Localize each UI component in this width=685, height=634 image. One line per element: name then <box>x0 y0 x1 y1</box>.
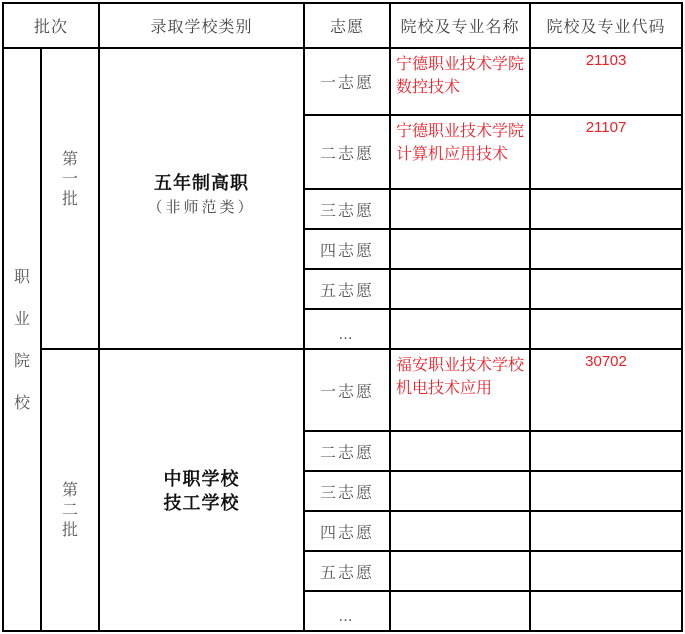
table-divider <box>40 48 42 632</box>
group-label-char: 职 <box>14 267 30 287</box>
table-divider <box>303 308 683 310</box>
table-divider <box>303 510 683 512</box>
table-divider <box>303 268 683 270</box>
batch-1-category: 五年制高职 （非师范类） <box>99 48 304 349</box>
school-major-code-cell[interactable]: 21103 <box>530 48 682 115</box>
choice-label: 二志愿 <box>304 431 390 471</box>
group-label-char: 院 <box>14 351 30 371</box>
school-major-code-cell[interactable]: 30702 <box>530 349 682 431</box>
school-major-name-cell[interactable]: 宁德职业技术学院 数控技术 <box>390 48 530 115</box>
school-major-name-cell[interactable] <box>390 309 530 349</box>
table-divider <box>303 430 683 432</box>
choice-label-more: … <box>304 309 390 349</box>
table-border <box>2 2 683 4</box>
school-major-code-cell[interactable]: 21107 <box>530 115 682 189</box>
choice-label-more: … <box>304 591 390 631</box>
school-major-name-cell[interactable] <box>390 471 530 511</box>
table-divider <box>303 228 683 230</box>
batch-label-char: 第 <box>62 480 78 500</box>
batch-2-label: 第 二 批 <box>41 349 99 631</box>
school-major-name-cell[interactable]: 宁德职业技术学院 计算机应用技术 <box>390 115 530 189</box>
school-major-name-cell[interactable] <box>390 189 530 229</box>
school-major-code-cell[interactable] <box>530 591 682 631</box>
choice-label: 四志愿 <box>304 229 390 269</box>
choice-label: 一志愿 <box>304 48 390 115</box>
choice-label: 五志愿 <box>304 551 390 591</box>
group-label-char: 校 <box>14 393 30 413</box>
table-divider <box>303 2 305 632</box>
choice-label: 三志愿 <box>304 189 390 229</box>
table-divider <box>303 590 683 592</box>
category-main-2: 技工学校 <box>164 492 240 516</box>
school-major-name-cell[interactable]: 福安职业技术学校 机电技术应用 <box>390 349 530 431</box>
table-divider <box>303 550 683 552</box>
batch-label-char: 批 <box>62 520 78 540</box>
table-divider <box>389 2 391 632</box>
school-major-name-cell[interactable] <box>390 551 530 591</box>
batch-label-char: 批 <box>62 189 78 209</box>
category-main: 五年制高职 <box>154 172 249 196</box>
header-school-major-name: 院校及专业名称 <box>390 3 530 48</box>
school-major-code-cell[interactable] <box>530 309 682 349</box>
school-major-code-cell[interactable] <box>530 511 682 551</box>
table-border <box>681 2 683 632</box>
table-divider <box>2 47 683 49</box>
school-major-name-cell[interactable] <box>390 269 530 309</box>
batch-2-category: 中职学校 技工学校 <box>99 349 304 631</box>
table-divider <box>40 348 683 350</box>
school-major-code-cell[interactable] <box>530 471 682 511</box>
batch-label-char: 二 <box>62 500 78 520</box>
batch-label-char: 第 <box>62 149 78 169</box>
table-divider <box>303 114 683 116</box>
header-choice: 志愿 <box>304 3 390 48</box>
choice-label: 二志愿 <box>304 115 390 189</box>
header-category: 录取学校类别 <box>99 3 304 48</box>
table-border <box>2 630 683 632</box>
category-main: 中职学校 <box>164 468 240 492</box>
school-major-code-cell[interactable] <box>530 551 682 591</box>
category-sub: （非师范类） <box>147 196 255 218</box>
group-label-char: 业 <box>14 309 30 329</box>
table-divider <box>303 470 683 472</box>
choice-label: 三志愿 <box>304 471 390 511</box>
header-school-major-code: 院校及专业代码 <box>530 3 682 48</box>
table-divider <box>529 2 531 632</box>
group-label-vocational-schools: 职 业 院 校 <box>3 48 41 631</box>
school-major-name-cell[interactable] <box>390 229 530 269</box>
choice-label: 五志愿 <box>304 269 390 309</box>
choice-label: 一志愿 <box>304 349 390 431</box>
school-major-code-cell[interactable] <box>530 269 682 309</box>
choice-label: 四志愿 <box>304 511 390 551</box>
school-major-name-cell[interactable] <box>390 431 530 471</box>
school-major-code-cell[interactable] <box>530 229 682 269</box>
school-major-name-cell[interactable] <box>390 591 530 631</box>
school-major-code-cell[interactable] <box>530 431 682 471</box>
school-major-code-cell[interactable] <box>530 189 682 229</box>
header-batch: 批次 <box>3 3 99 48</box>
table-divider <box>98 2 100 632</box>
admission-choices-table: 批次 录取学校类别 志愿 院校及专业名称 院校及专业代码 职 业 院 校 第 一… <box>0 0 685 634</box>
school-major-name-cell[interactable] <box>390 511 530 551</box>
table-divider <box>303 188 683 190</box>
table-border <box>2 2 4 632</box>
batch-1-label: 第 一 批 <box>41 48 99 349</box>
batch-label-char: 一 <box>62 169 78 189</box>
